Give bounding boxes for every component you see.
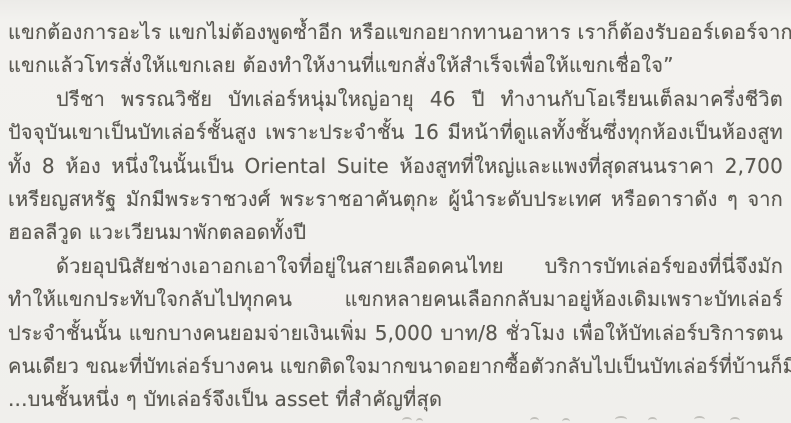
text-line-10: ประจำชั้นนั้น แขกบางคนยอมจ่ายเงินเพิ่ม 5… (8, 317, 783, 350)
text-line-8: ด้วยอุปนิสัยช่างเอาอกเอาใจที่อยู่ในสายเล… (8, 250, 783, 283)
text-line-3: ปรีชา พรรณวิชัย บัทเล่อร์หนุ่มใหญ่อายุ 4… (8, 83, 783, 116)
text-line-9: ทำให้แขกประทับใจกลับไปทุกคน แขกหลายคนเลื… (8, 283, 783, 316)
text-line-1: แขกต้องการอะไร แขกไม่ต้องพูดซ้ำอีก หรือแ… (8, 16, 783, 49)
text-line-5: ทั้ง 8 ห้อง หนึ่งในนั้นเป็น Oriental Sui… (8, 150, 783, 183)
text-line-12: ...บนชั้นหนึ่ง ๆ บัทเล่อร์จึงเป็น asset … (8, 383, 783, 416)
text-line-6: เหรียญสหรัฐ มักมีพระราชวงศ์ พระราชอาคันต… (8, 183, 783, 216)
scanned-page: แขกต้องการอะไร แขกไม่ต้องพูดซ้ำอีก หรือแ… (0, 0, 791, 423)
text-line-4: ปัจจุบันเขาเป็นบัทเล่อร์ชั้นสูง เพราะประ… (8, 116, 783, 149)
text-line-2: แขกแล้วโทรสั่งให้แขกเลย ต้องทำให้งานที่แ… (8, 49, 783, 82)
article-text: แขกต้องการอะไร แขกไม่ต้องพูดซ้ำอีก หรือแ… (8, 16, 783, 417)
text-line-7: ฮอลลีวูด แวะเวียนมาพักตลอดทั้งปี (8, 216, 783, 249)
cropped-next-line (0, 414, 791, 423)
text-line-11: คนเดียว ขณะที่บัทเล่อร์บางคน แขกติดใจมาก… (8, 350, 783, 383)
